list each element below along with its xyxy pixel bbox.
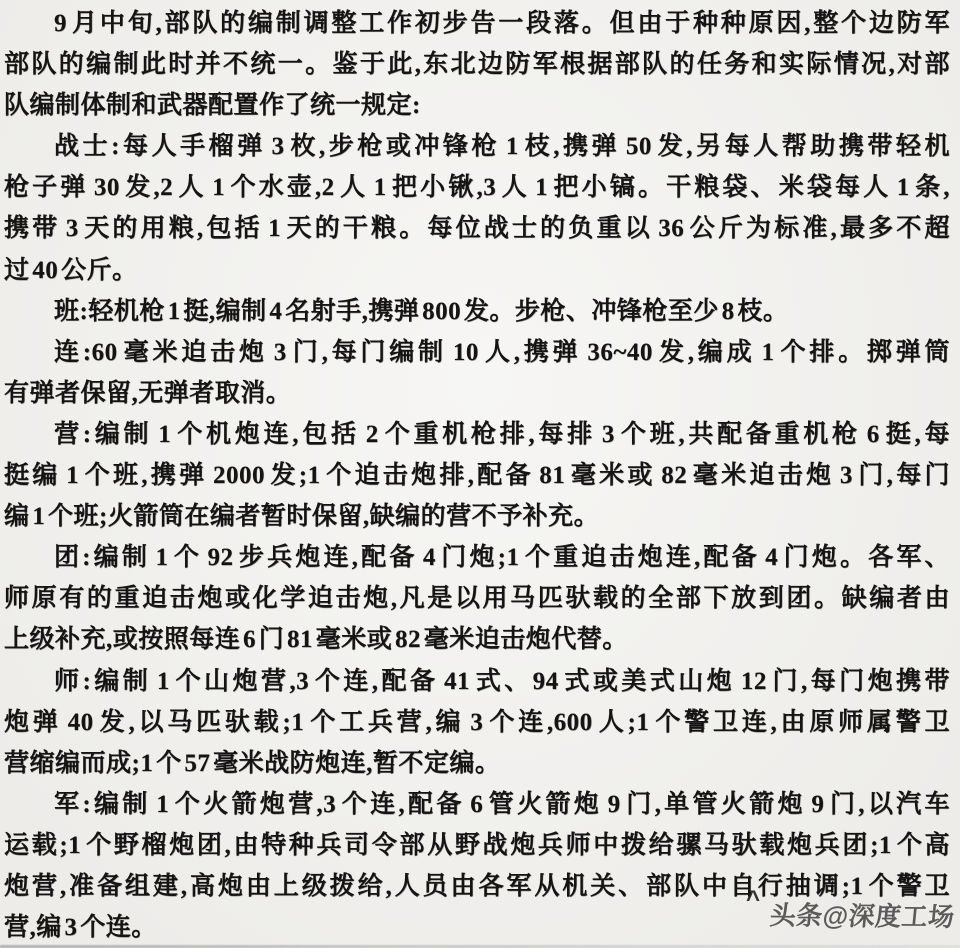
text-line: 携带 3 天的用粮,包括 1 天的干粮。每位战士的负重以 36 公斤为标准,最多… [4, 208, 950, 249]
text-line: 部队的编制此时并不统一。鉴于此,东北边防军根据部队的任务和实际情况,对部 [4, 44, 950, 85]
text-line: 枪子弹 30 发,2 人 1 个水壶,2 人 1 把小锹,3 人 1 把小镐。干… [4, 167, 950, 208]
watermark-text: 头条@深度工场 [768, 895, 956, 934]
text-line: 团:编制 1 个 92 步兵炮连,配备 4 门炮;1 个重迫击炮连,配备 4 门… [4, 537, 950, 578]
document-text-block: 9 月中旬,部队的编制调整工作初步告一段落。但由于种种原因,整个边防军部队的编制… [4, 3, 950, 948]
text-line: 有弹者保留,无弹者取消。 [4, 373, 950, 414]
text-line: 队编制体制和武器配置作了统一规定: [4, 85, 950, 126]
document-page: 9 月中旬,部队的编制调整工作初步告一段落。但由于种种原因,整个边防军部队的编制… [0, 0, 960, 948]
caret-annotation-mark: ^ [746, 886, 760, 914]
text-line: 军:编制 1 个火箭炮营,3 个连,配备 6 管火箭炮 9 门,单管火箭炮 9 … [4, 784, 950, 825]
text-line: 战士:每人手榴弹 3 枚,步枪或冲锋枪 1 枝,携弹 50 发,另每人帮助携带轻… [4, 126, 950, 167]
text-line: 营:编制 1 个机炮连,包括 2 个重机枪排,每排 3 个班,共配备重机枪 6 … [4, 414, 950, 455]
text-line: 营缩编而成;1 个 57 毫米战防炮连,暂不定编。 [4, 743, 950, 784]
text-line: 编 1 个班;火箭筒在编者暂时保留,缺编的营不予补充。 [4, 496, 950, 537]
text-line: 炮弹 40 发,以马匹驮载;1 个工兵营,编 3 个连,600 人;1 个警卫连… [4, 702, 950, 743]
text-line: 过 40 公斤。 [4, 250, 950, 291]
text-line: 挺编 1 个班,携弹 2000 发;1 个迫击炮排,配备 81 毫米或 82 毫… [4, 455, 950, 496]
text-line: 运载;1 个野榴炮团,由特种兵司令部从野战炮兵师中拨给骡马驮载炮兵团;1 个高 [4, 825, 950, 866]
text-line: 连:60 毫米迫击炮 3 门,每门编制 10 人,携弹 36~40 发,编成 1… [4, 332, 950, 373]
text-line: 9 月中旬,部队的编制调整工作初步告一段落。但由于种种原因,整个边防军 [4, 3, 950, 44]
text-line: 上级补充,或按照每连 6 门 81 毫米或 82 毫米迫击炮代替。 [4, 619, 950, 660]
text-line: 师原有的重迫击炮或化学迫击炮,凡是以用马匹驮载的全部下放到团。缺编者由 [4, 578, 950, 619]
text-line: 班:轻机枪 1 挺,编制 4 名射手,携弹 800 发。步枪、冲锋枪至少 8 枝… [4, 291, 950, 332]
text-line: 师:编制 1 个山炮营,3 个连,配备 41 式、94 式或美式山炮 12 门,… [4, 661, 950, 702]
